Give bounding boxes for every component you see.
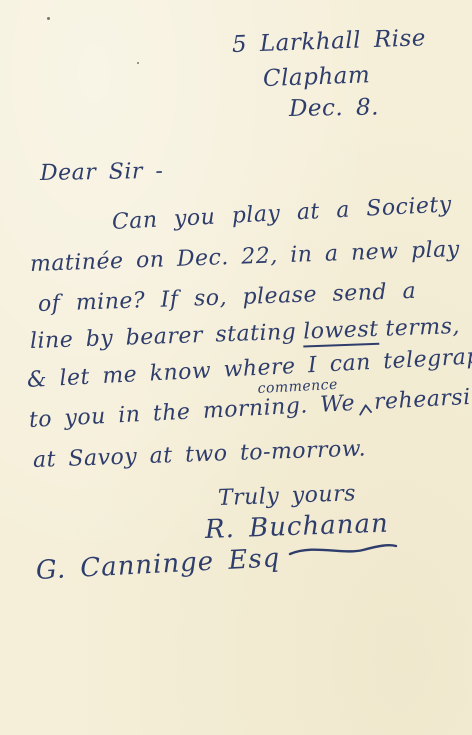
paper-speck (47, 17, 50, 20)
addressee: G. Canninge Esq (35, 543, 281, 586)
closing: Truly yours (218, 481, 357, 511)
address-line-1: 5 Larkhall Rise (232, 25, 427, 58)
body-line-1: Can you play at a Society (111, 192, 452, 235)
paper-speck (137, 62, 139, 64)
insertion-caret-icon (358, 404, 372, 416)
letter-page: 5 Larkhall Rise Clapham Dec. 8. Dear Sir… (0, 0, 472, 735)
date-line: Dec. 8. (289, 94, 379, 122)
signature: R. Buchanan (204, 509, 389, 545)
body-line-3: of mine? If so, please send a (38, 279, 417, 317)
body-line-6: commence to you in the morning. Werehear… (28, 383, 472, 433)
body-line-6-pre: to you in the morning. We (28, 391, 355, 433)
signature-flourish-icon (288, 541, 398, 557)
body-line-6-post: rehearsing (373, 383, 472, 415)
body-line-7: at Savoy at two to-morrow. (33, 436, 367, 473)
body-line-4-post: terms, (385, 314, 460, 342)
address-line-2: Clapham (263, 62, 371, 92)
underlined-word-lowest: lowest (303, 317, 379, 348)
body-line-2: matinée on Dec. 22, in a new play (30, 237, 461, 277)
salutation: Dear Sir - (40, 159, 164, 186)
body-line-4-pre: line by bearer stating (30, 320, 297, 354)
